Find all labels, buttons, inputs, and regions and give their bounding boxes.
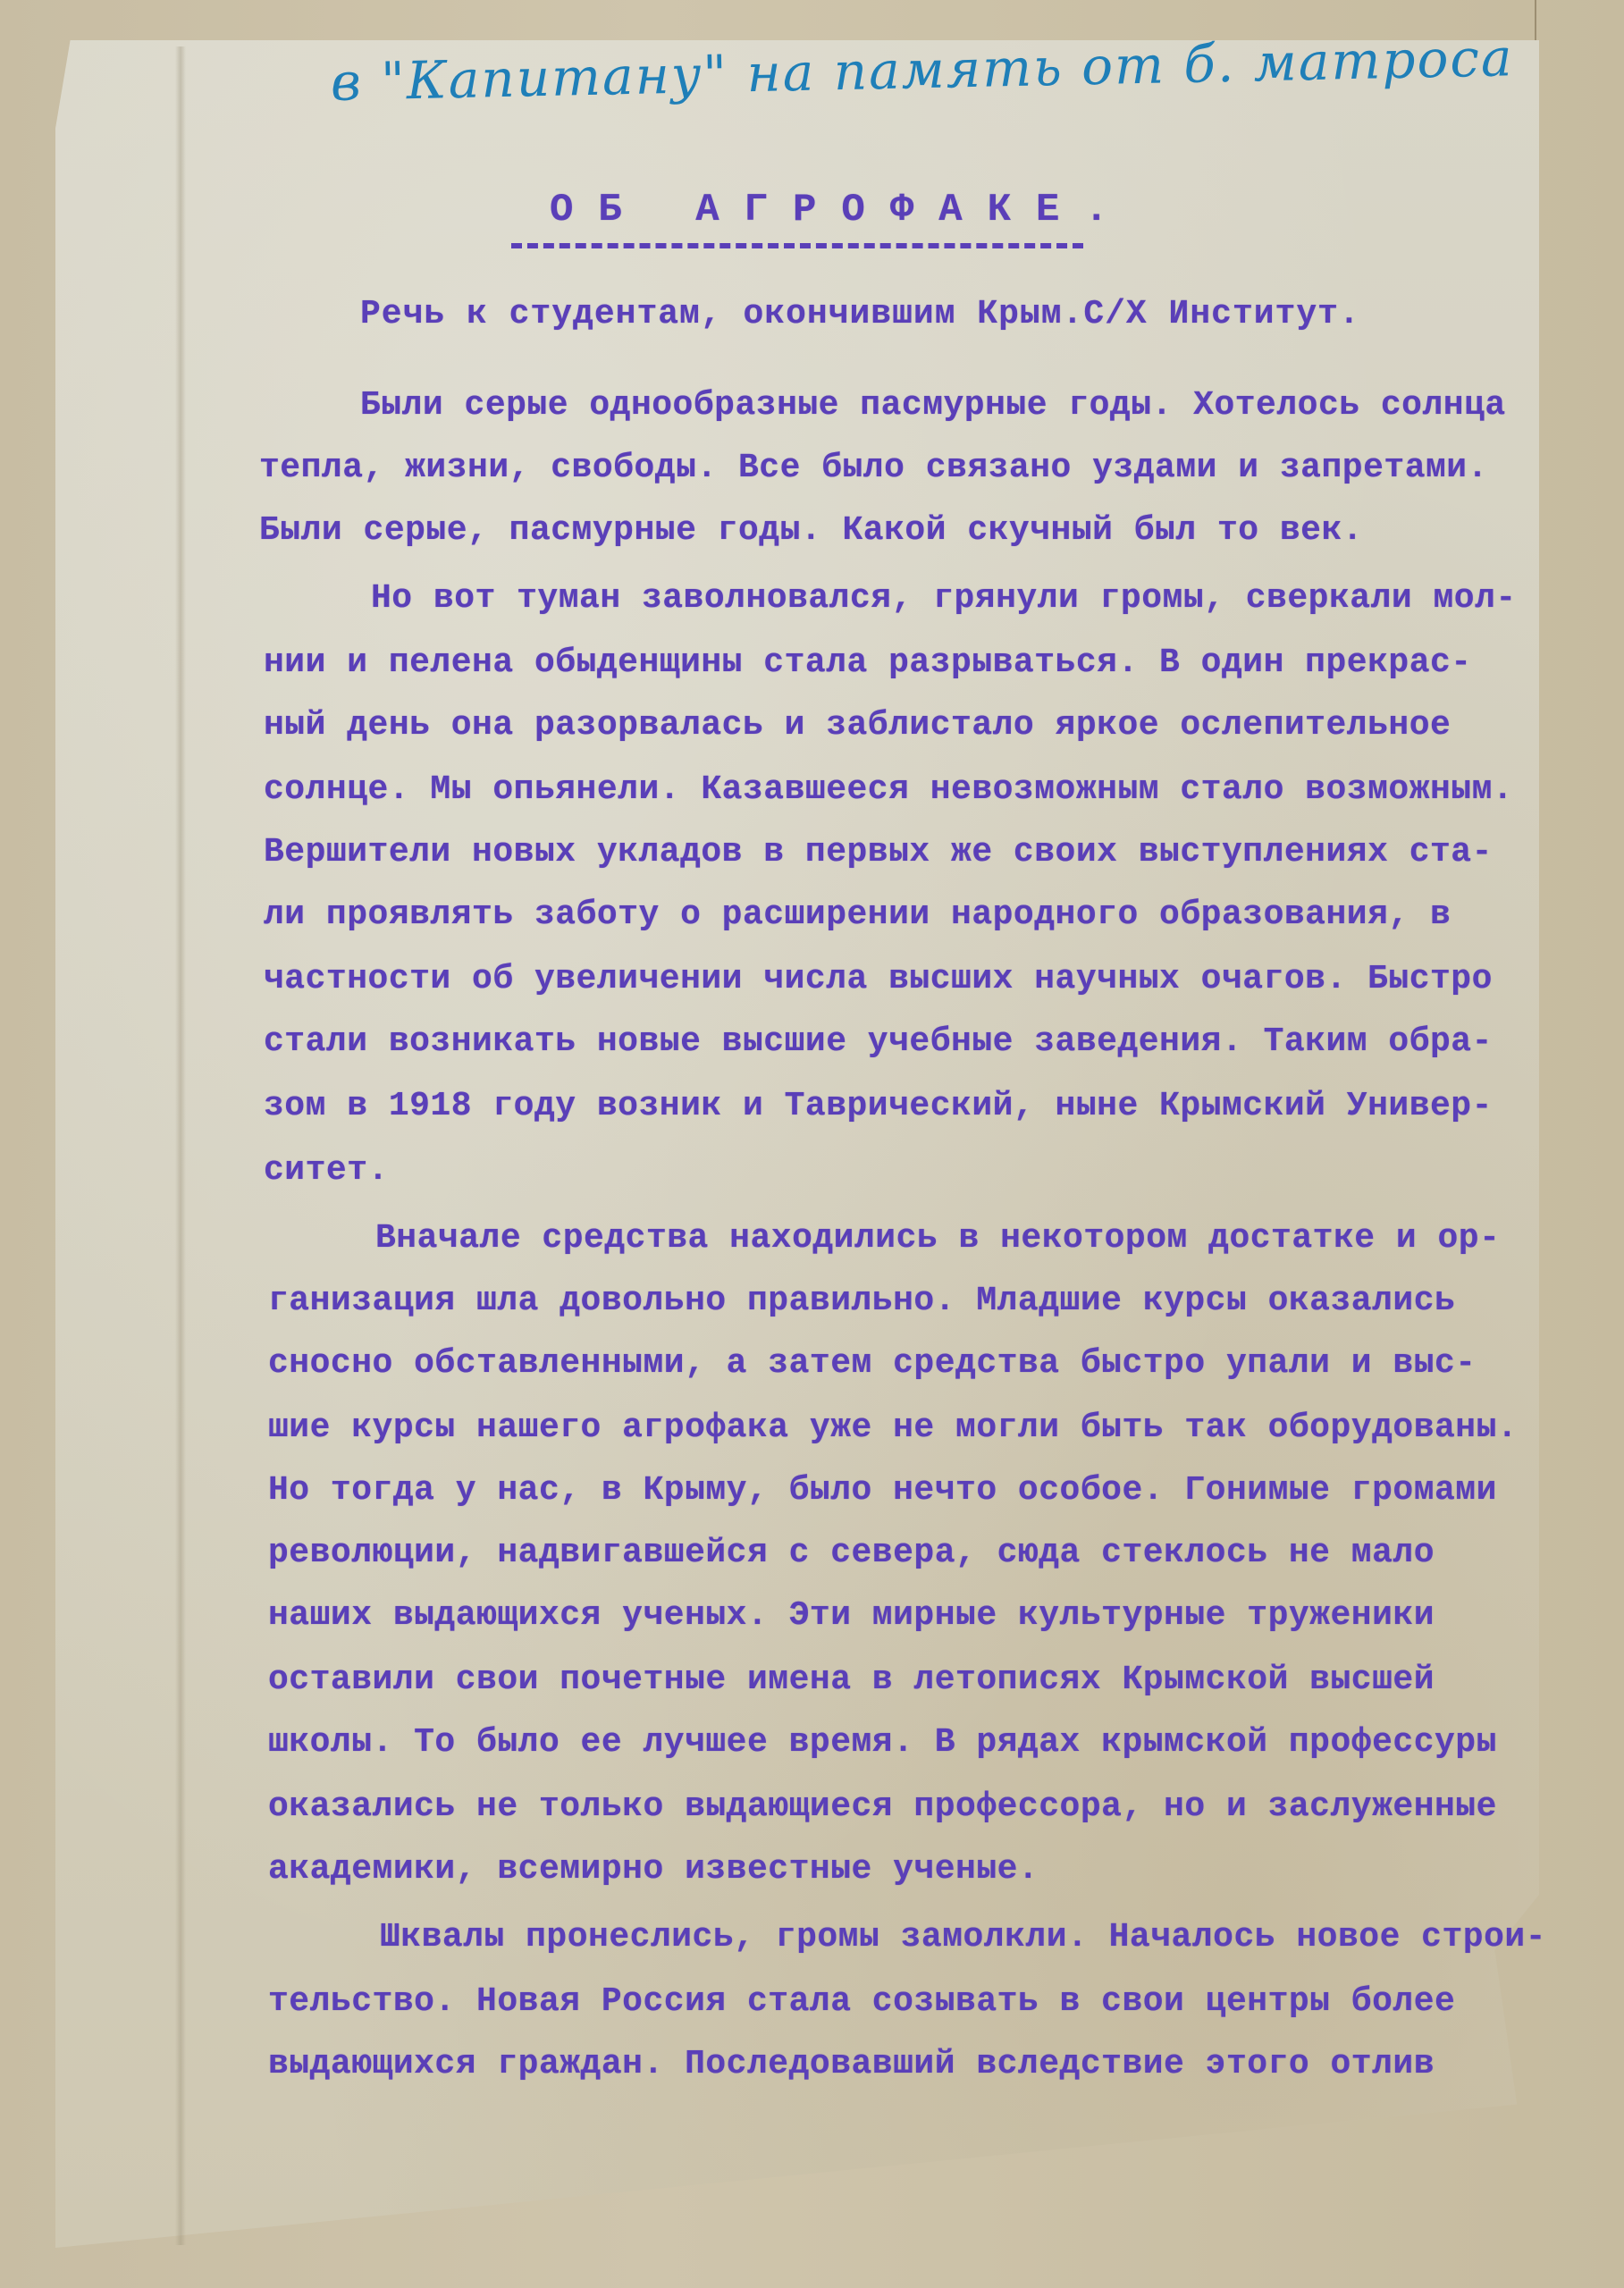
text-line: Но вот туман заволновался, грянули громы… xyxy=(371,579,1517,618)
text-line: оказались не только выдающиеся профессор… xyxy=(268,1787,1497,1826)
text-line: шие курсы нашего агрофака уже не могли б… xyxy=(268,1409,1518,1447)
document-title: ОБ АГРОФАКЕ. xyxy=(550,188,1133,232)
text-line: Были серые, пасмурные годы. Какой скучны… xyxy=(259,511,1363,550)
text-line: Вершители новых укладов в первых же свои… xyxy=(264,833,1493,871)
text-line: ганизация шла довольно правильно. Младши… xyxy=(268,1282,1455,1320)
text-line: выдающихся граждан. Последовавший вследс… xyxy=(268,2045,1435,2083)
text-line: наших выдающихся ученых. Эти мирные куль… xyxy=(268,1596,1435,1635)
text-line: Шквалы пронеслись, громы замолкли. Начал… xyxy=(380,1918,1546,1956)
paper-fold xyxy=(175,46,186,2245)
text-line: ли проявлять заботу о расширении народно… xyxy=(264,896,1451,934)
text-line: частности об увеличении числа высших нау… xyxy=(264,960,1493,998)
text-line: школы. То было ее лучшее время. В рядах … xyxy=(268,1723,1497,1762)
text-line: ситет. xyxy=(264,1151,389,1190)
text-line: ный день она разорвалась и заблистало яр… xyxy=(264,706,1451,744)
text-line: оставили свои почетные имена в летописях… xyxy=(268,1661,1435,1699)
text-line: революции, надвигавшейся с севера, сюда … xyxy=(268,1534,1435,1572)
text-line: нии и пелена обыденщины стала разрыватьс… xyxy=(264,643,1472,682)
text-line: стали возникать новые высшие учебные зав… xyxy=(264,1022,1493,1061)
text-line: Вначале средства находились в некотором … xyxy=(375,1219,1500,1258)
text-line: тельство. Новая Россия стала созывать в … xyxy=(268,1982,1455,2021)
title-underline xyxy=(511,243,1083,248)
text-line: солнце. Мы опьянели. Казавшееся невозмож… xyxy=(264,770,1513,809)
text-line: Были серые однообразные пасмурные годы. … xyxy=(360,386,1506,425)
text-line: сносно обставленными, а затем средства б… xyxy=(268,1344,1477,1383)
document-subtitle: Речь к студентам, окончившим Крым.С/Х Ин… xyxy=(360,295,1360,333)
text-line: академики, всемирно известные ученые. xyxy=(268,1850,1039,1888)
text-line: зом в 1918 году возник и Таврический, ны… xyxy=(264,1087,1493,1125)
paper-sheet xyxy=(55,40,1539,2248)
text-line: тепла, жизни, свободы. Все было связано … xyxy=(259,449,1488,487)
text-line: Но тогда у нас, в Крыму, было нечто особ… xyxy=(268,1471,1497,1510)
